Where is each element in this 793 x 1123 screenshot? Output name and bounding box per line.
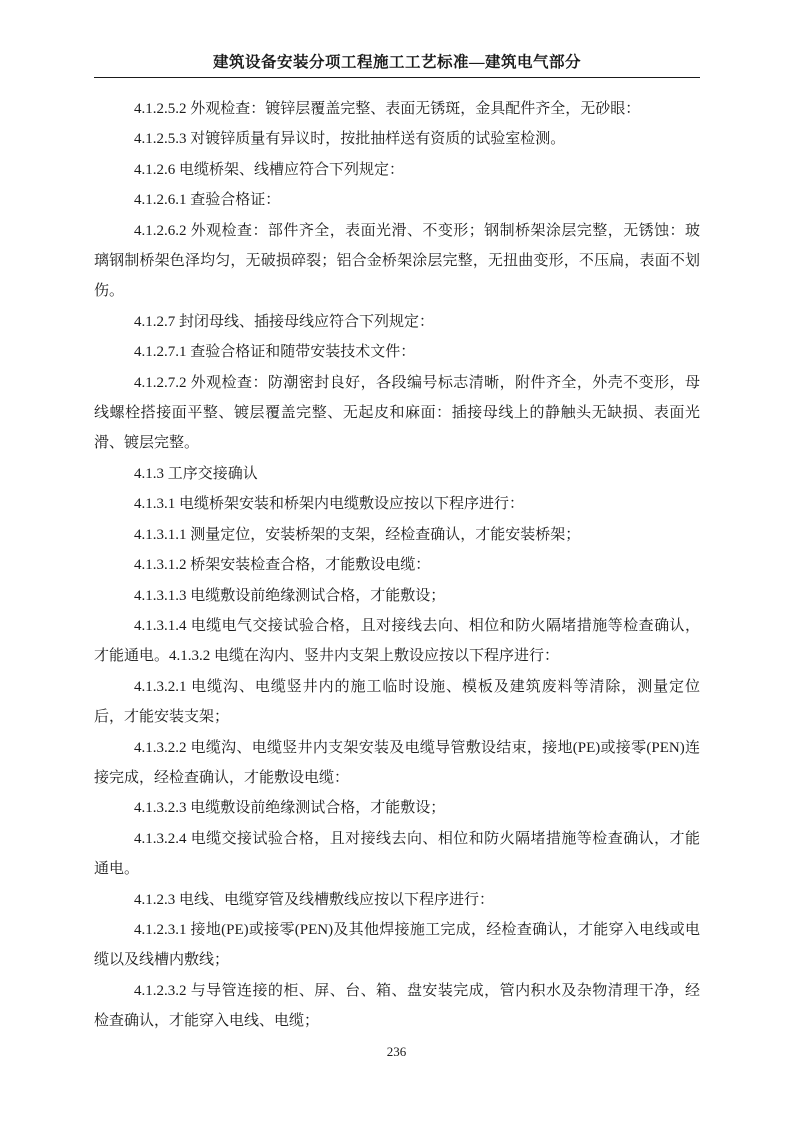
section-heading: 4.1.3 工序交接确认 [94,459,700,489]
page-number: 236 [0,1044,793,1060]
paragraph: 4.1.3.1.2 桥架安装检查合格，才能敷设电缆： [94,550,700,580]
paragraph: 4.1.2.5.2 外观检查：镀锌层覆盖完整、表面无锈斑，金具配件齐全，无砂眼： [94,94,700,124]
paragraph: 4.1.2.6.1 查验合格证： [94,185,700,215]
paragraph: 4.1.3.1.4 电缆电气交接试验合格，且对接线去向、相位和防火隔堵措施等检查… [94,611,700,672]
paragraph: 4.1.2.5.3 对镀锌质量有异议时，按批抽样送有资质的试验室检测。 [94,124,700,154]
paragraph: 4.1.3.1.1 测量定位，安装桥架的支架，经检查确认，才能安装桥架； [94,520,700,550]
paragraph: 4.1.3.1 电缆桥架安装和桥架内电缆敷设应按以下程序进行： [94,489,700,519]
page-header-title: 建筑设备安装分项工程施工工艺标准—建筑电气部分 [94,50,700,78]
paragraph: 4.1.3.1.3 电缆敷设前绝缘测试合格，才能敷设； [94,581,700,611]
document-body: 4.1.2.5.2 外观检查：镀锌层覆盖完整、表面无锈斑，金具配件齐全，无砂眼：… [94,94,700,1037]
paragraph: 4.1.2.6.2 外观检查：部件齐全，表面光滑、不变形；钢制桥架涂层完整，无锈… [94,216,700,307]
paragraph: 4.1.2.3.2 与导管连接的柜、屏、台、箱、盘安装完成，管内积水及杂物清理干… [94,976,700,1037]
paragraph: 4.1.2.7 封闭母线、插接母线应符合下列规定： [94,307,700,337]
paragraph: 4.1.3.2.2 电缆沟、电缆竖井内支架安装及电缆导管敷设结束，接地(PE)或… [94,733,700,794]
document-page: 建筑设备安装分项工程施工工艺标准—建筑电气部分 4.1.2.5.2 外观检查：镀… [0,0,793,1123]
paragraph: 4.1.2.7.2 外观检查：防潮密封良好，各段编号标志清晰，附件齐全，外壳不变… [94,368,700,459]
paragraph: 4.1.3.2.1 电缆沟、电缆竖井内的施工临时设施、模板及建筑废料等清除，测量… [94,672,700,733]
paragraph: 4.1.2.3.1 接地(PE)或接零(PEN)及其他焊接施工完成，经检查确认，… [94,915,700,976]
paragraph: 4.1.2.6 电缆桥架、线槽应符合下列规定： [94,155,700,185]
paragraph: 4.1.3.2.3 电缆敷设前绝缘测试合格，才能敷设； [94,793,700,823]
paragraph: 4.1.2.7.1 查验合格证和随带安装技术文件： [94,337,700,367]
paragraph: 4.1.3.2.4 电缆交接试验合格，且对接线去向、相位和防火隔堵措施等检查确认… [94,824,700,885]
paragraph: 4.1.2.3 电线、电缆穿管及线槽敷线应按以下程序进行： [94,885,700,915]
